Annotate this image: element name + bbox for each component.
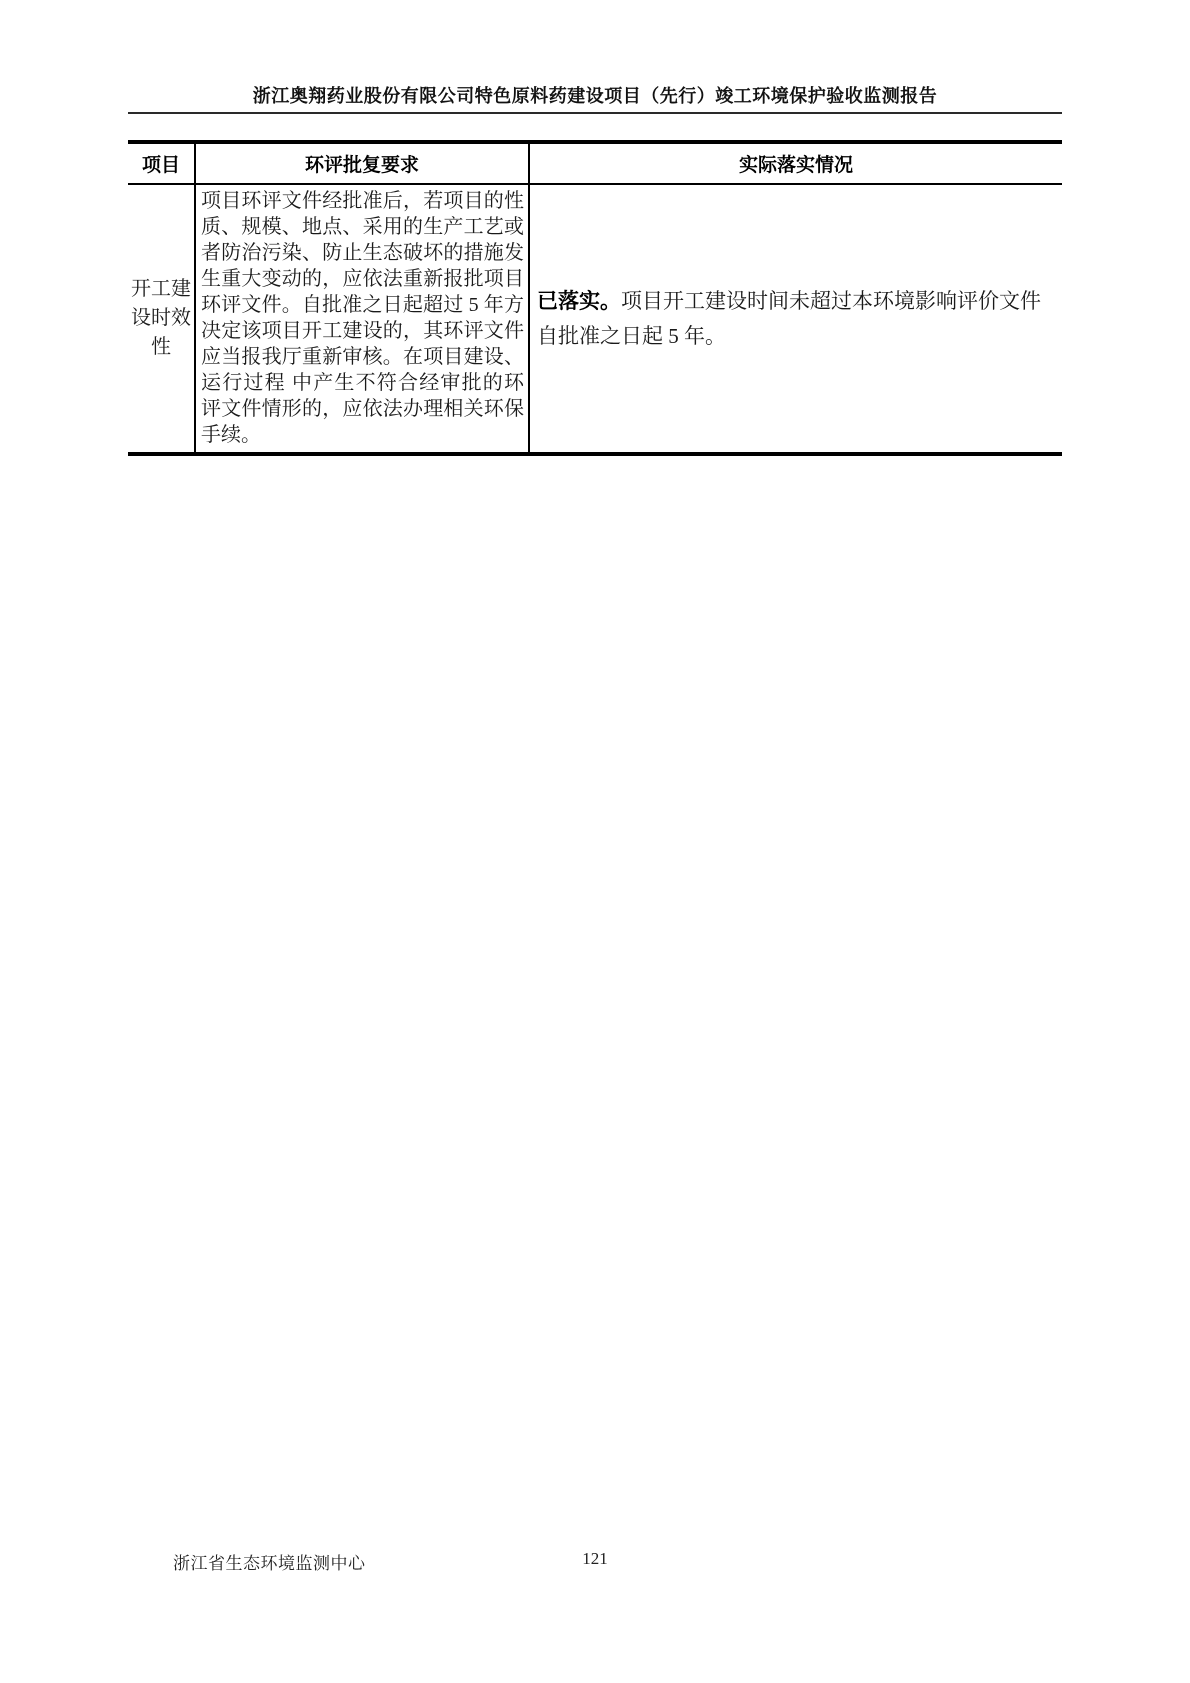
header-divider — [128, 112, 1062, 114]
page-number: 121 — [128, 1549, 1062, 1569]
table-header-row: 项目 环评批复要求 实际落实情况 — [128, 144, 1062, 185]
page-footer: 浙江省生态环境监测中心 121 — [128, 1549, 1062, 1573]
compliance-table: 项目 环评批复要求 实际落实情况 开工建设时效性 项目环评文件经批准后，若项目的… — [128, 140, 1062, 456]
document-page: 浙江奥翔药业股份有限公司特色原料药建设项目（先行）竣工环境保护验收监测报告 项目… — [0, 0, 1190, 1683]
table-row: 开工建设时效性 项目环评文件经批准后，若项目的性质、规模、地点、采用的生产工艺或… — [128, 185, 1062, 452]
column-header-item: 项目 — [128, 144, 196, 183]
column-header-implementation: 实际落实情况 — [530, 144, 1062, 183]
implementation-text: 已落实。项目开工建设时间未超过本环境影响评价文件自批准之日起 5 年。 — [537, 284, 1054, 354]
implementation-status-label: 已落实。 — [537, 289, 621, 313]
column-header-requirement: 环评批复要求 — [196, 144, 530, 183]
cell-requirement: 项目环评文件经批准后，若项目的性质、规模、地点、采用的生产工艺或者防治污染、防止… — [196, 185, 530, 452]
page-header-title: 浙江奥翔药业股份有限公司特色原料药建设项目（先行）竣工环境保护验收监测报告 — [128, 82, 1062, 108]
cell-item: 开工建设时效性 — [128, 185, 196, 452]
cell-implementation: 已落实。项目开工建设时间未超过本环境影响评价文件自批准之日起 5 年。 — [530, 185, 1062, 452]
